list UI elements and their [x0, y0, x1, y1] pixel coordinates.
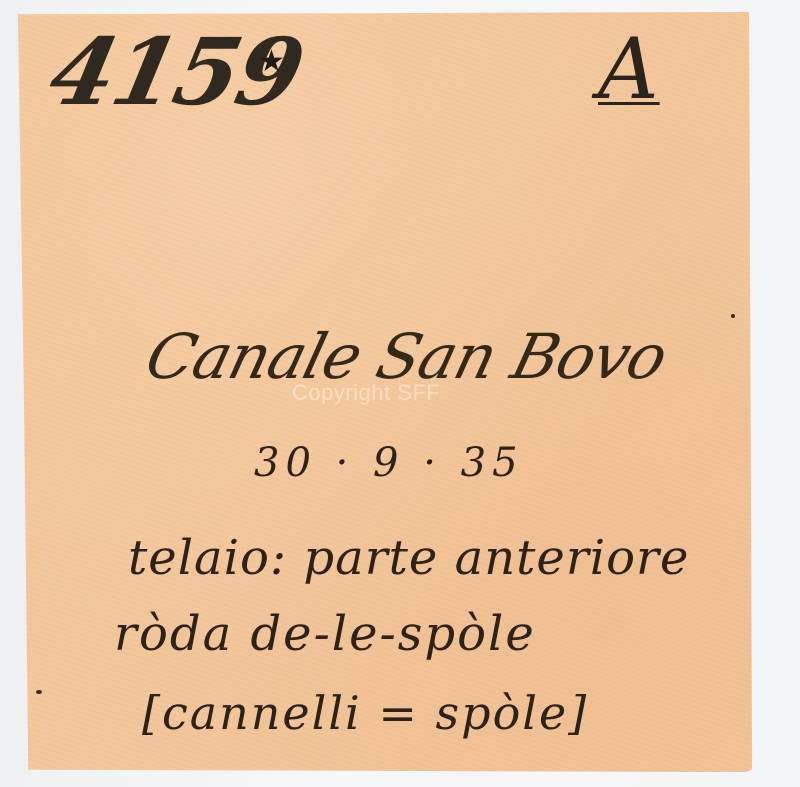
series-letter: A: [598, 20, 660, 118]
description-line-3: [cannelli = spòle]: [142, 686, 588, 740]
star-icon: ★: [258, 44, 286, 79]
description-line-1: telaio: parte anteriore: [128, 530, 689, 586]
description-line-2: ròda de-le-spòle: [114, 606, 536, 662]
copyright-watermark: Copyright SFF: [292, 380, 440, 406]
ink-spot: [36, 690, 42, 694]
scan-background: 4159 ★ A Canale San Bovo Copyright SFF 3…: [0, 0, 800, 787]
date: 30 · 9 · 35: [254, 440, 524, 486]
ink-spot: [731, 314, 735, 318]
